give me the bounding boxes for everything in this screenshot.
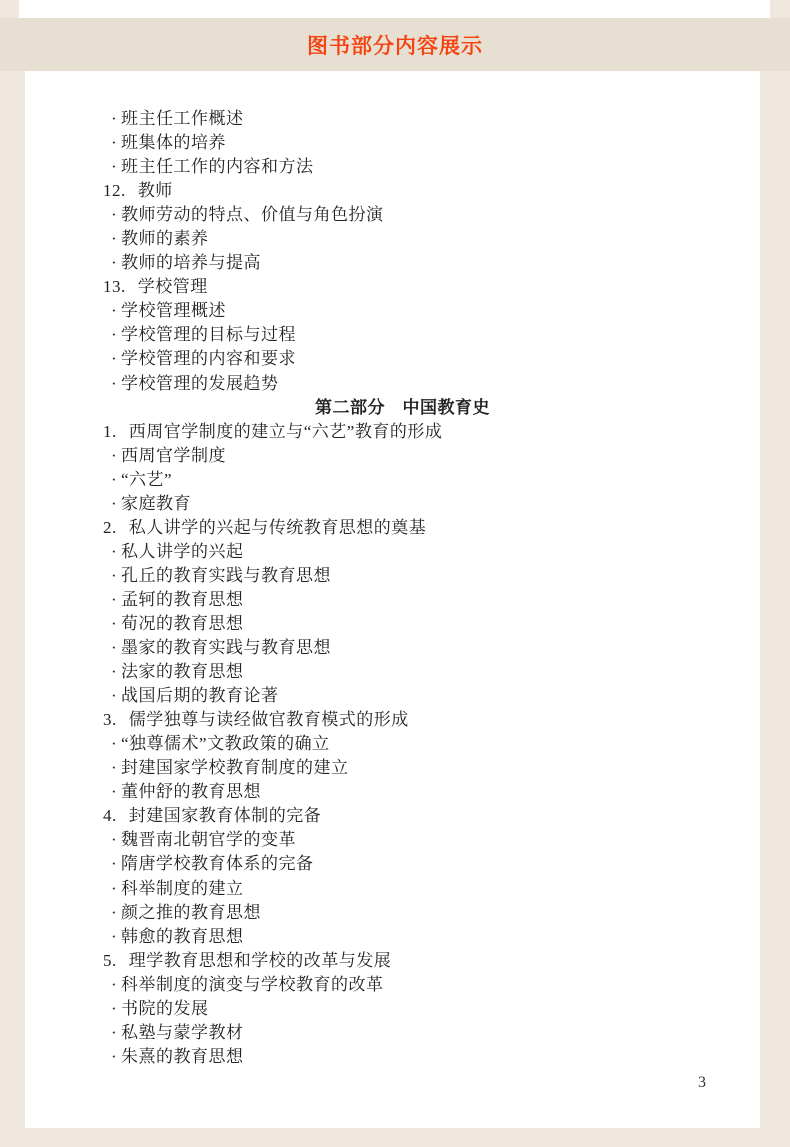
section-title: 图书部分内容展示 (307, 30, 483, 60)
bullet-marker: · (111, 131, 121, 155)
toc-item-text: 学校管理的目标与过程 (121, 325, 296, 344)
toc-item-text: 教师劳动的特点、价值与角色扮演 (121, 205, 384, 224)
bullet-marker: · (111, 251, 121, 275)
toc-item-text: 朱熹的教育思想 (121, 1047, 244, 1066)
toc-item-text: 班集体的培养 (121, 133, 226, 152)
toc-item: ·法家的教育思想 (25, 660, 760, 684)
toc-item: ·学校管理的内容和要求 (25, 347, 760, 371)
toc-item-text: 封建国家学校教育制度的建立 (121, 758, 349, 777)
item-number: 13. (103, 275, 126, 299)
bullet-marker: · (111, 877, 121, 901)
toc-item: ·孟轲的教育思想 (25, 588, 760, 612)
toc-item-text: 荀况的教育思想 (121, 614, 244, 633)
toc-item: ·私人讲学的兴起 (25, 540, 760, 564)
bullet-marker: · (111, 997, 121, 1021)
toc-item: 3.儒学独尊与读经做官教育模式的形成 (25, 708, 760, 732)
bullet-marker: · (111, 203, 121, 227)
toc-item-text: 科举制度的建立 (121, 879, 244, 898)
bullet-marker: · (111, 636, 121, 660)
toc-item: ·班集体的培养 (25, 131, 760, 155)
toc-item-text: 理学教育思想和学校的改革与发展 (129, 951, 392, 970)
toc-item-text: 孔丘的教育实践与教育思想 (121, 566, 331, 585)
toc-item: ·朱熹的教育思想 (25, 1045, 760, 1069)
bullet-marker: · (111, 901, 121, 925)
bullet-marker: · (111, 973, 121, 997)
toc-item-text: 私人讲学的兴起 (121, 542, 244, 561)
bullet-marker: · (111, 323, 121, 347)
toc-item-text: 家庭教育 (121, 494, 191, 513)
bullet-marker: · (111, 756, 121, 780)
bullet-marker: · (111, 540, 121, 564)
item-number: 12. (103, 179, 126, 203)
toc-item: ·墨家的教育实践与教育思想 (25, 636, 760, 660)
bullet-marker: · (111, 155, 121, 179)
book-contents-card: ·班主任工作概述·班集体的培养·班主任工作的内容和方法12.教师·教师劳动的特点… (25, 71, 760, 1128)
toc-item: ·私塾与蒙学教材 (25, 1021, 760, 1045)
toc-item: ·科举制度的建立 (25, 877, 760, 901)
toc-item-text: 法家的教育思想 (121, 662, 244, 681)
toc-item-text: 班主任工作的内容和方法 (121, 157, 314, 176)
toc-item-text: 科举制度的演变与学校教育的改革 (121, 975, 384, 994)
toc-item-text: 学校管理的内容和要求 (121, 349, 296, 368)
bullet-marker: · (111, 612, 121, 636)
bullet-marker: · (111, 372, 121, 396)
toc-item: ·孔丘的教育实践与教育思想 (25, 564, 760, 588)
toc-item-text: 墨家的教育实践与教育思想 (121, 638, 331, 657)
toc-item-text: 儒学独尊与读经做官教育模式的形成 (129, 710, 409, 729)
toc-item-text: 隋唐学校教育体系的完备 (121, 854, 314, 873)
toc-item-text: 学校管理的发展趋势 (121, 374, 279, 393)
toc-item: ·书院的发展 (25, 997, 760, 1021)
item-number: 2. (103, 516, 117, 540)
page-background: 图书部分内容展示 ·班主任工作概述·班集体的培养·班主任工作的内容和方法12.教… (0, 0, 790, 1147)
toc-item: ·科举制度的演变与学校教育的改革 (25, 973, 760, 997)
toc-item-text: 董仲舒的教育思想 (121, 782, 261, 801)
toc-item: ·班主任工作概述 (25, 107, 760, 131)
toc-item: ·魏晋南北朝官学的变革 (25, 828, 760, 852)
toc-item: ·封建国家学校教育制度的建立 (25, 756, 760, 780)
toc-item-text: 学校管理 (138, 277, 208, 296)
toc-list: ·班主任工作概述·班集体的培养·班主任工作的内容和方法12.教师·教师劳动的特点… (25, 71, 760, 1069)
bullet-marker: · (111, 852, 121, 876)
toc-item: 5.理学教育思想和学校的改革与发展 (25, 949, 760, 973)
toc-item: ·学校管理概述 (25, 299, 760, 323)
toc-item: ·教师的培养与提高 (25, 251, 760, 275)
previous-card-bottom-edge (19, 0, 770, 18)
bullet-marker: · (111, 1021, 121, 1045)
toc-item-text: “六艺” (121, 470, 172, 489)
bullet-marker: · (111, 299, 121, 323)
toc-item: 4.封建国家教育体制的完备 (25, 804, 760, 828)
bullet-marker: · (111, 444, 121, 468)
toc-item-text: 战国后期的教育论著 (121, 686, 279, 705)
toc-item: ·学校管理的目标与过程 (25, 323, 760, 347)
toc-item: ·战国后期的教育论著 (25, 684, 760, 708)
bullet-marker: · (111, 660, 121, 684)
toc-item: ·隋唐学校教育体系的完备 (25, 852, 760, 876)
toc-item-text: 学校管理概述 (121, 301, 226, 320)
toc-item-text: 教师 (138, 181, 173, 200)
toc-item-text: 书院的发展 (121, 999, 209, 1018)
item-number: 5. (103, 949, 117, 973)
toc-item-text: 封建国家教育体制的完备 (129, 806, 322, 825)
toc-item-text: “独尊儒术”文教政策的确立 (121, 734, 330, 753)
toc-item: ·家庭教育 (25, 492, 760, 516)
toc-item: ·教师的素养 (25, 227, 760, 251)
toc-item-text: 韩愈的教育思想 (121, 927, 244, 946)
toc-item: ·“独尊儒术”文教政策的确立 (25, 732, 760, 756)
bullet-marker: · (111, 468, 121, 492)
bullet-marker: · (111, 588, 121, 612)
toc-item: ·教师劳动的特点、价值与角色扮演 (25, 203, 760, 227)
toc-item-text: 西周官学制度 (121, 446, 226, 465)
toc-item-text: 班主任工作概述 (121, 109, 244, 128)
toc-item-text: 教师的素养 (121, 229, 209, 248)
toc-item: ·西周官学制度 (25, 444, 760, 468)
toc-item: ·韩愈的教育思想 (25, 925, 760, 949)
toc-item: 1.西周官学制度的建立与“六艺”教育的形成 (25, 420, 760, 444)
bullet-marker: · (111, 107, 121, 131)
bullet-marker: · (111, 684, 121, 708)
toc-item: ·董仲舒的教育思想 (25, 780, 760, 804)
toc-item-text: 西周官学制度的建立与“六艺”教育的形成 (129, 422, 443, 441)
bullet-marker: · (111, 780, 121, 804)
toc-item: ·班主任工作的内容和方法 (25, 155, 760, 179)
item-number: 4. (103, 804, 117, 828)
bullet-marker: · (111, 347, 121, 371)
bullet-marker: · (111, 492, 121, 516)
item-number: 3. (103, 708, 117, 732)
bullet-marker: · (111, 1045, 121, 1069)
toc-item-text: 颜之推的教育思想 (121, 903, 261, 922)
bullet-marker: · (111, 925, 121, 949)
section-title-band: 图书部分内容展示 (0, 18, 790, 71)
toc-item: 13.学校管理 (25, 275, 760, 299)
toc-item: ·“六艺” (25, 468, 760, 492)
item-number: 1. (103, 420, 117, 444)
toc-item-text: 第二部分 中国教育史 (315, 398, 490, 417)
toc-item-text: 魏晋南北朝官学的变革 (121, 830, 296, 849)
toc-item: ·学校管理的发展趋势 (25, 372, 760, 396)
bullet-marker: · (111, 732, 121, 756)
toc-item: 2.私人讲学的兴起与传统教育思想的奠基 (25, 516, 760, 540)
toc-item: ·颜之推的教育思想 (25, 901, 760, 925)
bullet-marker: · (111, 564, 121, 588)
toc-item: 12.教师 (25, 179, 760, 203)
toc-item-text: 孟轲的教育思想 (121, 590, 244, 609)
toc-item-text: 私人讲学的兴起与传统教育思想的奠基 (129, 518, 427, 537)
toc-item-text: 私塾与蒙学教材 (121, 1023, 244, 1042)
toc-item-text: 教师的培养与提高 (121, 253, 261, 272)
page-number: 3 (25, 1071, 760, 1095)
toc-item: ·荀况的教育思想 (25, 612, 760, 636)
toc-section-heading: 第二部分 中国教育史 (25, 396, 760, 420)
bullet-marker: · (111, 828, 121, 852)
bullet-marker: · (111, 227, 121, 251)
